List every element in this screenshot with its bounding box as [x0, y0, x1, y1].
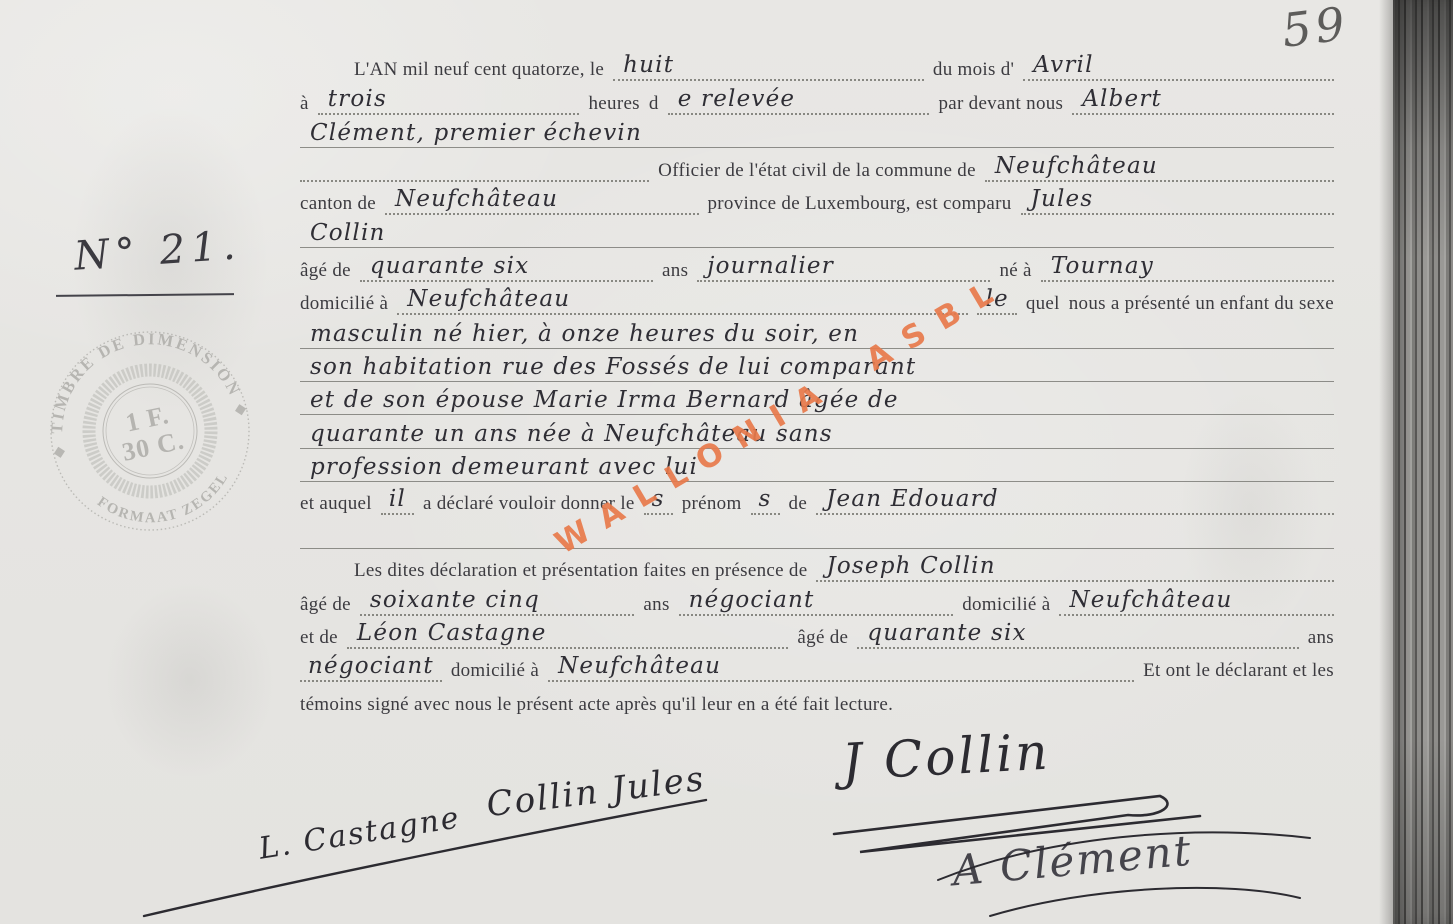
- act-line: âgé dequarante sixansjournalierné àTourn…: [300, 248, 1334, 281]
- act-line: Les dites déclaration et présentation fa…: [300, 549, 1334, 582]
- handwritten-entry: quarante un ans née à Neufchâteau sans: [300, 422, 1334, 448]
- signature-collin-jules: Collin Jules: [484, 759, 707, 825]
- printed-form-text: quel: [1026, 293, 1060, 315]
- handwritten-entry: Avril: [1023, 53, 1334, 81]
- signature-a-clement: A Clément: [950, 826, 1194, 896]
- handwritten-entry: négociant: [300, 654, 442, 682]
- act-line: son habitation rue des Fossés de lui com…: [300, 349, 1334, 382]
- printed-form-text: âgé de: [300, 594, 351, 616]
- handwritten-entry: il: [381, 487, 414, 515]
- handwritten-entry: Léon Castagne: [347, 621, 789, 649]
- printed-form-text: âgé de: [300, 260, 351, 282]
- handwritten-entry: Neufchâteau: [985, 154, 1334, 182]
- handwritten-entry: négociant: [679, 588, 954, 616]
- printed-form-text: né à: [999, 260, 1031, 282]
- printed-form-text: ans: [662, 260, 688, 282]
- handwritten-entry: Neufchâteau: [548, 654, 1134, 682]
- act-line: àtroisheuresde relevéepar devant nousAlb…: [300, 81, 1334, 114]
- handwritten-entry: Jean Edouard: [816, 487, 1334, 515]
- handwritten-entry: s: [751, 487, 780, 515]
- act-line: négociantdomicilié àNeufchâteauEt ont le…: [300, 649, 1334, 682]
- handwritten-entry: journalier: [697, 254, 990, 282]
- printed-form-text: ans: [643, 594, 669, 616]
- printed-form-text: prénom: [682, 493, 742, 515]
- act-line: Officier de l'état civil de la commune d…: [300, 148, 1334, 181]
- handwritten-entry: Neufchâteau: [397, 287, 968, 315]
- handwritten-entry: le: [977, 287, 1016, 315]
- printed-form-text: Et ont le déclarant et les: [1143, 660, 1334, 682]
- printed-form-text: et de: [300, 627, 338, 649]
- act-line: canton deNeufchâteauprovince de Luxembou…: [300, 182, 1334, 215]
- handwritten-entry: Neufchâteau: [385, 187, 698, 215]
- handwritten-entry: profession demeurant avec lui: [300, 455, 1334, 481]
- handwritten-entry: masculin né hier, à onze heures du soir,…: [300, 322, 1334, 348]
- act-line: et auquelila déclaré vouloir donner lesp…: [300, 482, 1334, 515]
- act-number-underline: [56, 293, 234, 297]
- act-line: masculin né hier, à onze heures du soir,…: [300, 315, 1334, 348]
- handwritten-entry: son habitation rue des Fossés de lui com…: [300, 355, 1334, 381]
- act-line: Collin: [300, 215, 1334, 248]
- printed-form-text: province de Luxembourg, est comparu: [708, 193, 1012, 215]
- act-line: et deLéon Castagneâgé dequarante sixans: [300, 616, 1334, 649]
- handwritten-entry: soixante cinq: [360, 588, 635, 616]
- handwritten-entry: et de son épouse Marie Irma Bernard âgée…: [300, 388, 1334, 414]
- act-line: âgé desoixante cinqansnégociantdomicilié…: [300, 582, 1334, 615]
- handwritten-entry: Albert: [1072, 87, 1334, 115]
- act-line: quarante un ans née à Neufchâteau sans: [300, 415, 1334, 448]
- signature-l-castagne: L. Castagne: [257, 800, 463, 866]
- signature-j-collin: J Collin: [841, 723, 1052, 792]
- printed-form-text: domicilié à: [300, 293, 388, 315]
- printed-form-text: a déclaré vouloir donner le: [423, 493, 635, 515]
- act-line: Clément, premier échevin: [300, 115, 1334, 148]
- printed-form-text: domicilié à: [962, 594, 1050, 616]
- act-line: L'AN mil neuf cent quatorze, lehuitdu mo…: [300, 48, 1334, 81]
- printed-form-text: nous a présenté un enfant du sexe: [1069, 293, 1334, 315]
- revenue-stamp-seal: TIMBRE DE DIMENSION FORMAAT ZEGEL 1 F. 3…: [25, 308, 275, 554]
- handwritten-entry: s: [644, 487, 673, 515]
- handwritten-entry: quarante six: [857, 621, 1299, 649]
- printed-form-text: L'AN mil neuf cent quatorze, le: [354, 59, 604, 81]
- printed-form-text: à: [300, 93, 309, 115]
- handwritten-entry: [300, 547, 1334, 548]
- act-number-label: N° 21.: [73, 222, 243, 280]
- printed-form-text: d: [649, 93, 659, 115]
- handwritten-entry: Collin: [300, 221, 1334, 247]
- printed-form-text: Les dites déclaration et présentation fa…: [354, 560, 807, 582]
- handwritten-entry: Clément, premier échevin: [300, 121, 1334, 147]
- printed-form-text: témoins signé avec nous le présent acte …: [300, 694, 893, 716]
- handwritten-entry: Neufchâteau: [1059, 588, 1334, 616]
- act-line: et de son épouse Marie Irma Bernard âgée…: [300, 382, 1334, 415]
- bleed-through-smudge: [70, 540, 310, 820]
- handwritten-entry: huit: [613, 53, 924, 81]
- printed-form-text: et auquel: [300, 493, 372, 515]
- handwritten-entry: Jules: [1021, 187, 1334, 215]
- book-binding-edge: [1393, 0, 1453, 924]
- printed-form-text: domicilié à: [451, 660, 539, 682]
- handwritten-entry: e relevée: [668, 87, 930, 115]
- act-line: profession demeurant avec lui: [300, 449, 1334, 482]
- revenue-stamp: TIMBRE DE DIMENSION FORMAAT ZEGEL 1 F. 3…: [25, 308, 275, 554]
- printed-form-text: du mois d': [933, 59, 1014, 81]
- act-line: témoins signé avec nous le présent acte …: [300, 682, 1334, 715]
- printed-form-text: canton de: [300, 193, 376, 215]
- handwritten-entry: quarante six: [360, 254, 653, 282]
- act-line: domicilié àNeufchâteaulequelnous a prése…: [300, 282, 1334, 315]
- printed-form-text: de: [789, 493, 808, 515]
- printed-form-text: Officier de l'état civil de la commune d…: [658, 160, 976, 182]
- handwritten-entry: Joseph Collin: [816, 554, 1334, 582]
- register-page: 59 N° 21. TIMBRE DE DIMENSION FORMAAT ZE…: [0, 0, 1453, 924]
- printed-form-text: âgé de: [797, 627, 848, 649]
- handwritten-entry: trois: [318, 87, 580, 115]
- act-line: [300, 515, 1334, 548]
- handwritten-entry: [300, 179, 649, 182]
- printed-form-text: ans: [1308, 627, 1334, 649]
- act-text-block: L'AN mil neuf cent quatorze, lehuitdu mo…: [300, 48, 1334, 716]
- handwritten-entry: Tournay: [1041, 254, 1334, 282]
- printed-form-text: heures: [588, 93, 639, 115]
- printed-form-text: par devant nous: [938, 93, 1063, 115]
